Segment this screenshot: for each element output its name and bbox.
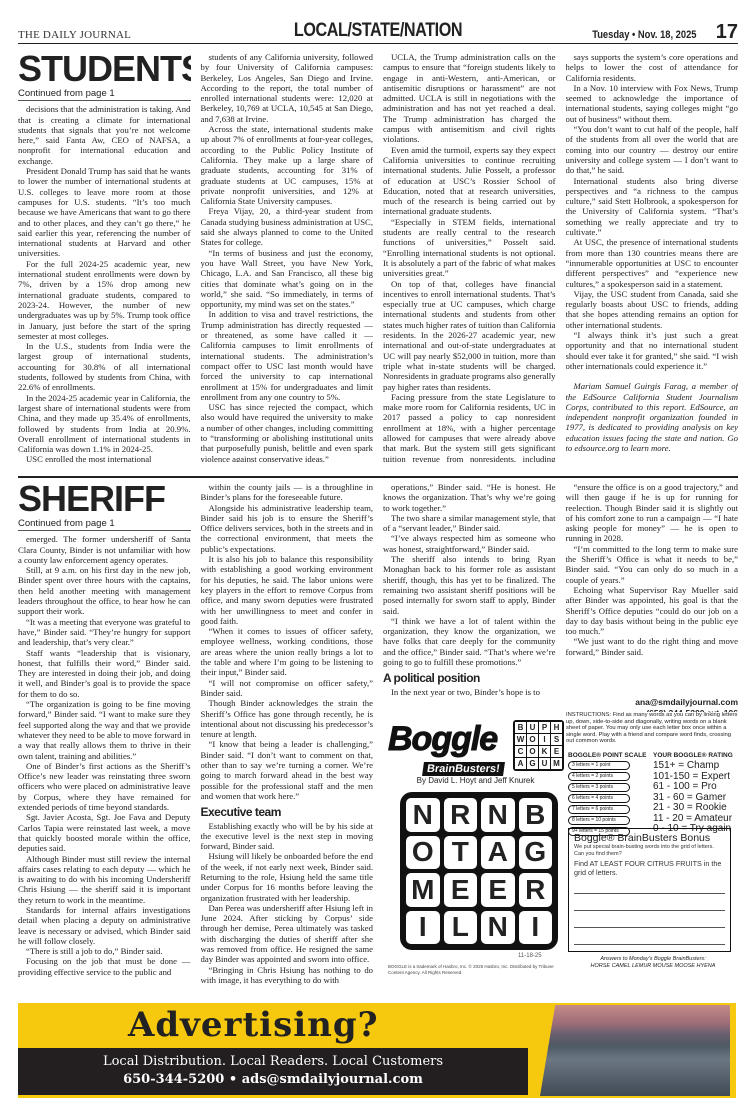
rating-item: 151+ = Champ [653, 761, 743, 772]
letter-tile: R [519, 873, 553, 907]
paragraph: USC enrolled the most international [18, 454, 191, 462]
boggle-letter-grid: NRNBOTAGMEERILNI [400, 792, 558, 950]
paragraph: Facing pressure from the state Legislatu… [383, 392, 556, 462]
letter-tile: I [519, 911, 553, 945]
letter-tile: N [481, 798, 515, 832]
paragraph: Standards for internal affairs investiga… [18, 905, 191, 946]
reporter-email[interactable]: ana@smdailyjournal.com [566, 697, 739, 708]
paragraph: Freya Vijay, 20, a third-year student fr… [201, 206, 374, 247]
students-kicker: STUDENTS [18, 52, 191, 86]
ad-tagline: Local Distribution. Local Readers. Local… [18, 1053, 528, 1071]
boggle-rating: YOUR BOGGLE® RATING 151+ = Champ101-150 … [653, 752, 743, 835]
masthead: THE DAILY JOURNAL LOCAL/STATE/NATION Tue… [18, 22, 738, 44]
ad-headline: Advertising? [128, 1005, 379, 1045]
boggle-puzzle: Boggle BrainBusters! BUPHWOISCOKEAGUM By… [388, 712, 738, 992]
continued-label: Continued from page 1 [18, 519, 191, 531]
letter-tile: P [539, 722, 550, 733]
paragraph: decisions that the administration is tak… [18, 104, 191, 166]
paragraph: within the county jails — is a throughli… [201, 482, 374, 503]
letter-tile: M [406, 873, 440, 907]
paragraph: “I will not compromise on officer safety… [201, 678, 374, 699]
paragraph: “I know that being a leader is challengi… [201, 739, 374, 801]
students-col-4: says supports the system’s core operatio… [566, 52, 739, 462]
letter-tile: R [444, 798, 478, 832]
paragraph: operations,” Binder said. “He is honest.… [383, 482, 556, 513]
paragraph: Hsiung will likely be onboarded before t… [201, 851, 374, 902]
paragraph: President Donald Trump has said that he … [18, 166, 191, 259]
students-col-2: students of any California university, f… [201, 52, 374, 462]
paragraph: The two share a similar management style… [383, 513, 556, 534]
paragraph: “Bringing in Chris Hsiung has nothing to… [201, 965, 374, 986]
paragraph: “I think we have a lot of talent within … [383, 616, 556, 667]
letter-tile: I [539, 734, 550, 745]
paragraph: UCLA, the Trump administration calls on … [383, 52, 556, 145]
letter-tile: M [551, 758, 562, 769]
boggle-logo: Boggle BrainBusters! [388, 720, 498, 777]
letter-tile: A [481, 836, 515, 870]
paragraph: Vijay, the USC student from Canada, said… [566, 289, 739, 330]
point-scale-item: 3 letters = 1 point [568, 761, 630, 770]
letter-tile: E [444, 873, 478, 907]
paragraph: On top of that, colleges have financial … [383, 279, 556, 392]
letter-tile: I [406, 911, 440, 945]
page-number: 17 [716, 23, 738, 41]
paragraph: Alongside his administrative leadership … [201, 503, 374, 554]
answer-line[interactable] [574, 911, 725, 928]
paragraph: emerged. The former undersheriff of Sant… [18, 534, 191, 565]
section-title: LOCAL/STATE/NATION [276, 20, 480, 42]
paragraph: students of any California university, f… [201, 52, 374, 124]
letter-tile: K [539, 746, 550, 757]
continued-label: Continued from page 1 [18, 89, 191, 101]
letter-tile: E [551, 746, 562, 757]
bonus-title: Boggle® BrainBusters Bonus [574, 832, 725, 844]
point-scale: BOGGLE® POINT SCALE 3 letters = 1 point4… [568, 752, 648, 838]
letter-tile: N [481, 911, 515, 945]
paragraph: “It was a meeting that everyone was grat… [18, 617, 191, 648]
letter-tile: W [515, 734, 526, 745]
paragraph: In the next year or two, Binder’s hope i… [383, 687, 556, 697]
letter-tile: L [444, 911, 478, 945]
paragraph: “Especially in STEM fields, internationa… [383, 217, 556, 279]
paragraph: “In terms of business and just the econo… [201, 248, 374, 310]
letter-tile: C [515, 746, 526, 757]
publication-name: THE DAILY JOURNAL [18, 29, 131, 41]
answer-line[interactable] [574, 877, 725, 894]
ad-info-band: Local Distribution. Local Readers. Local… [18, 1048, 528, 1095]
point-scale-item: 4 letters = 2 points [568, 772, 630, 781]
paragraph: “I’ve always respected him as someone wh… [383, 533, 556, 554]
rating-item: 61 - 100 = Pro [653, 782, 743, 793]
paragraph: “There is still a job to do,” Binder sai… [18, 946, 191, 956]
city-skyline-image [540, 1005, 730, 1096]
paragraph: In the 2024-25 academic year in Californ… [18, 393, 191, 455]
paragraph: Echoing what Supervisor Ray Mueller said… [566, 585, 739, 636]
point-scale-item: 6 letters = 4 points [568, 794, 630, 803]
paragraph: Staff wants “leadership that is visionar… [18, 648, 191, 699]
point-scale-item: 8 letters = 10 points [568, 816, 630, 825]
paragraph: International students also bring divers… [566, 176, 739, 238]
letter-tile: G [527, 758, 538, 769]
previous-answers: Answers to Monday’s Boggle BrainBusters:… [568, 956, 738, 970]
letter-tile: G [519, 836, 553, 870]
bonus-box: Boggle® BrainBusters Bonus We put specia… [568, 828, 731, 952]
paragraph: The sheriff also intends to bring Ryan M… [383, 554, 556, 616]
letter-tile: B [519, 798, 553, 832]
paragraph: “ensure the office is on a good trajecto… [566, 482, 739, 544]
answer-line[interactable] [574, 894, 725, 911]
advertising-banner[interactable]: Advertising? Local Distribution. Local R… [18, 1003, 736, 1098]
bonus-question: Find AT LEAST FOUR CITRUS FRUITS in the … [574, 860, 725, 877]
boggle-instructions: INSTRUCTIONS: Find as many words as you … [566, 712, 738, 745]
paragraph: For the full 2024-25 academic year, new … [18, 259, 191, 341]
letter-tile: B [515, 722, 526, 733]
rating-item: 21 - 30 = Rookie [653, 803, 743, 814]
letter-tile: U [527, 722, 538, 733]
paragraph: It is also his job to balance this respo… [201, 554, 374, 626]
paragraph: Sgt. Javier Acosta, Sgt. Joe Fava and De… [18, 812, 191, 853]
paragraph: “The organization is going to be fine mo… [18, 699, 191, 761]
letter-tile: N [406, 798, 440, 832]
paragraph: says supports the system’s core operatio… [566, 52, 739, 83]
boggle-byline: By David L. Hoyt and Jeff Knurek [388, 776, 563, 785]
letter-tile: E [481, 873, 515, 907]
letter-tile: A [515, 758, 526, 769]
section-divider [18, 476, 738, 478]
paragraph: Even amid the turmoil, experts say they … [383, 145, 556, 217]
paragraph: “I always think it’s just such a great o… [566, 330, 739, 371]
paragraph: Establishing exactly who will be by his … [201, 821, 374, 852]
point-scale-item: 5 letters = 3 points [568, 783, 630, 792]
sheriff-col-1: SHERIFF Continued from page 1 emerged. T… [18, 482, 191, 1002]
sheriff-col-2: within the county jails — is a throughli… [201, 482, 374, 1002]
students-col-3: UCLA, the Trump administration calls on … [383, 52, 556, 462]
boggle-mini-grid-icon: BUPHWOISCOKEAGUM [513, 720, 564, 771]
ad-contact: 650-344-5200 • ads@smdailyjournal.com [18, 1071, 528, 1089]
paragraph: “We just want to do the right thing and … [566, 636, 739, 657]
puzzle-date-code: 11-18-25 [518, 953, 542, 959]
paragraph: Still, at 9 a.m. on his first day in the… [18, 565, 191, 616]
paragraph: Across the state, international students… [201, 124, 374, 206]
article-credit: Mariam Samuel Guirgis Farag, a member of… [566, 381, 739, 453]
paragraph: Dan Perea was undersheriff after Hsiung … [201, 903, 374, 965]
paragraph: Although Binder must still review the in… [18, 854, 191, 905]
trademark-notice: BOGGLE is a trademark of Hasbro, Inc. © … [388, 964, 568, 976]
paragraph: In addition to visa and travel restricti… [201, 309, 374, 402]
paragraph: “You don’t want to cut half of the peopl… [566, 124, 739, 175]
students-col-1: STUDENTS Continued from page 1 decisions… [18, 52, 191, 462]
issue-date: Tuesday • Nov. 18, 2025 [592, 29, 696, 41]
paragraph: Focusing on the job that must be done — … [18, 956, 191, 977]
paragraph: Though Binder acknowledges the strain th… [201, 698, 374, 739]
letter-tile: O [527, 746, 538, 757]
subhead-political-position: A political position [383, 673, 556, 683]
paragraph: USC has since rejected the compact, whic… [201, 402, 374, 462]
paragraph: At USC, the presence of international st… [566, 237, 739, 288]
answer-line[interactable] [574, 928, 725, 945]
paragraph: “I’m committed to the long term to make … [566, 544, 739, 585]
bonus-subtitle: We put special brain-busting words into … [574, 844, 725, 857]
letter-tile: H [551, 722, 562, 733]
letter-tile: O [527, 734, 538, 745]
paragraph: One of Binder’s first actions as the She… [18, 761, 191, 812]
paragraph: “When it comes to issues of officer safe… [201, 626, 374, 677]
students-article: STUDENTS Continued from page 1 decisions… [18, 52, 738, 462]
paragraph: In the U.S., students from India were th… [18, 341, 191, 392]
paragraph: In a Nov. 10 interview with Fox News, Tr… [566, 83, 739, 124]
letter-tile: O [406, 836, 440, 870]
letter-tile: U [539, 758, 550, 769]
letter-tile: S [551, 734, 562, 745]
subhead-executive-team: Executive team [201, 807, 374, 817]
letter-tile: T [444, 836, 478, 870]
point-scale-item: 7 letters = 6 points [568, 805, 630, 814]
sheriff-kicker: SHERIFF [18, 482, 191, 516]
